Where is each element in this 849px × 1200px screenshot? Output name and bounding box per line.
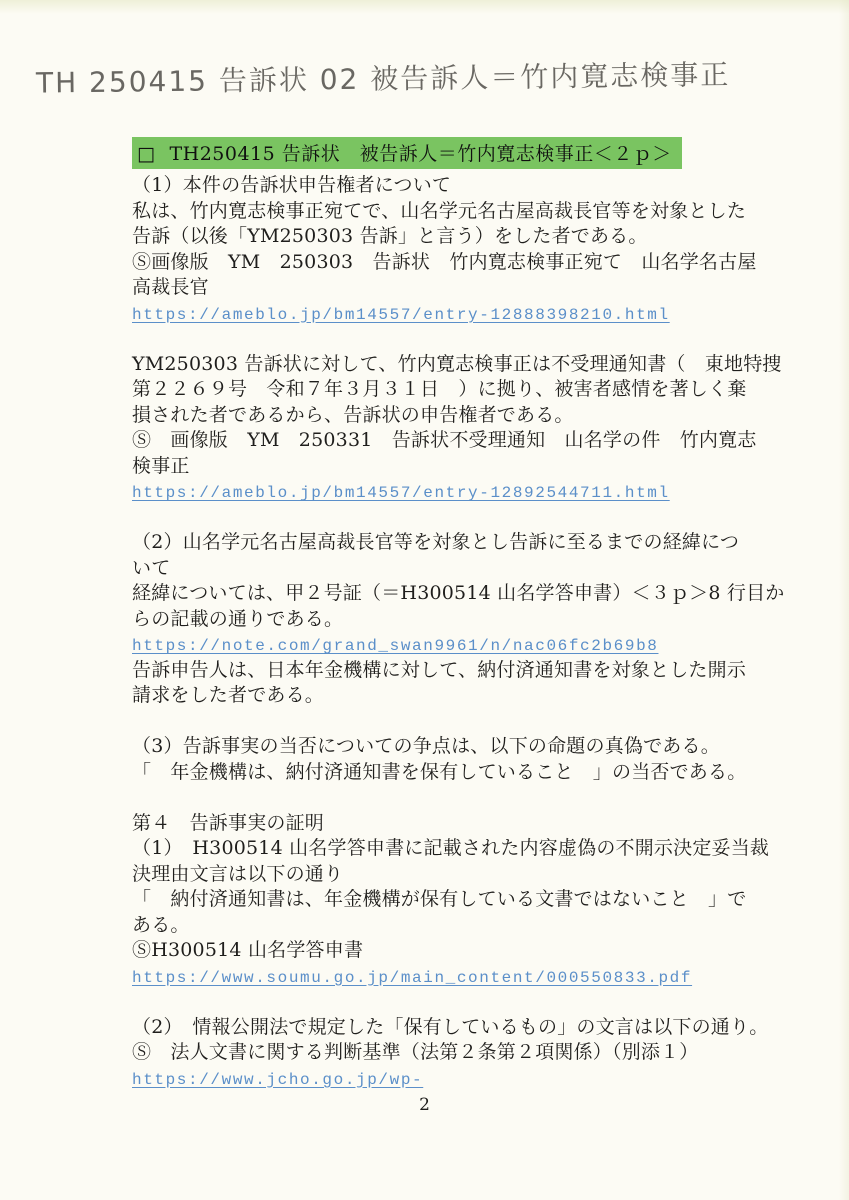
body-line: 決理由文言は以下の通り — [132, 862, 748, 888]
body-line: （2）山名学元名古屋高裁長官等を対象とし告訴に至るまでの経緯につ — [132, 530, 748, 556]
body-line: （2） 情報公開法で規定した「保有しているもの」の文言は以下の通り。 — [132, 1015, 748, 1041]
heading-highlight: □TH250415 告訴状 被告訴人＝竹内寛志検事正＜２ｐ＞ — [132, 137, 682, 169]
body-line: 告訴申告人は、日本年金機構に対して、納付済通知書を対象とした開示 — [132, 658, 748, 684]
body-line: ある。 — [132, 913, 748, 939]
checkbox-icon: □ — [137, 143, 155, 165]
body-line: 「 納付済通知書は、年金機構が保有している文書ではないこと 」で — [132, 887, 748, 913]
body-line: 検事正 — [132, 454, 748, 480]
blank-line — [132, 785, 748, 811]
body-line: （1） H300514 山名学答申書に記載された内容虚偽の不開示決定妥当裁 — [132, 836, 748, 862]
blank-line — [132, 326, 748, 352]
body-line: 「 年金機構は、納付済通知書を保有していること 」の当否である。 — [132, 760, 748, 786]
heading-text: TH250415 告訴状 被告訴人＝竹内寛志検事正＜２ｐ＞ — [169, 143, 671, 165]
blank-line — [132, 709, 748, 735]
body-line: 第２２６９号 令和７年３月３１日 ）に拠り、被害者感情を著しく棄 — [132, 377, 748, 403]
body-line: https://www.soumu.go.jp/main_content/000… — [132, 964, 748, 990]
body-line: 経緯については、甲２号証（＝H300514 山名学答申書）＜３ｐ＞8 行目か — [132, 581, 748, 607]
document-heading: □TH250415 告訴状 被告訴人＝竹内寛志検事正＜２ｐ＞ — [132, 137, 748, 169]
body-line: （3）告訴事実の当否についての争点は、以下の命題の真偽である。 — [132, 734, 748, 760]
blank-line — [132, 505, 748, 531]
scan-edge-tint-right — [839, 0, 849, 1200]
scan-edge-tint-top — [0, 0, 849, 14]
body-line: ⓈH300514 山名学答申書 — [132, 938, 748, 964]
body-line: 第４ 告訴事実の証明 — [132, 811, 748, 837]
url-link[interactable]: https://www.soumu.go.jp/main_content/000… — [132, 969, 692, 987]
body-line: 請求をした者である。 — [132, 683, 748, 709]
body-line: YM250303 告訴状に対して、竹内寛志検事正は不受理通知書（ 東地特捜 — [132, 352, 748, 378]
page-number: 2 — [0, 1095, 849, 1115]
body-line: 高裁長官 — [132, 275, 748, 301]
body-line: らの記載の通りである。 — [132, 607, 748, 633]
url-link[interactable]: https://www.jcho.go.jp/wp- — [132, 1071, 423, 1089]
body-line: いて — [132, 556, 748, 582]
body-line: Ⓢ 画像版 YM 250331 告訴状不受理通知 山名学の件 竹内寛志 — [132, 428, 748, 454]
body-line: （1）本件の告訴状申告権者について — [132, 173, 748, 199]
body-line: Ⓢ画像版 YM 250303 告訴状 竹内寛志検事正宛て 山名学名古屋 — [132, 250, 748, 276]
body-line: 告訴（以後「YM250303 告訴」と言う）をした者である。 — [132, 224, 748, 250]
body-line: https://www.jcho.go.jp/wp- — [132, 1066, 748, 1092]
url-link[interactable]: https://note.com/grand_swan9961/n/nac06f… — [132, 637, 658, 655]
body-line: https://ameblo.jp/bm14557/entry-12892544… — [132, 479, 748, 505]
blank-line — [132, 989, 748, 1015]
body-line: Ⓢ 法人文書に関する判断基準（法第２条第２項関係）（別添１） — [132, 1040, 748, 1066]
document-content: □TH250415 告訴状 被告訴人＝竹内寛志検事正＜２ｐ＞ （1）本件の告訴状… — [132, 137, 748, 1091]
body-line: 私は、竹内寛志検事正宛てで、山名学元名古屋高裁長官等を対象とした — [132, 199, 748, 225]
url-link[interactable]: https://ameblo.jp/bm14557/entry-12892544… — [132, 484, 670, 502]
handwritten-title: TH 250415 告訴状 02 被告訴人＝竹内寛志検事正 — [36, 52, 637, 107]
url-link[interactable]: https://ameblo.jp/bm14557/entry-12888398… — [132, 306, 670, 324]
body-line: https://ameblo.jp/bm14557/entry-12888398… — [132, 301, 748, 327]
body-line: https://note.com/grand_swan9961/n/nac06f… — [132, 632, 748, 658]
body-line: 損された者であるから、告訴状の申告権者である。 — [132, 403, 748, 429]
document-body: （1）本件の告訴状申告権者について私は、竹内寛志検事正宛てで、山名学元名古屋高裁… — [132, 173, 748, 1091]
